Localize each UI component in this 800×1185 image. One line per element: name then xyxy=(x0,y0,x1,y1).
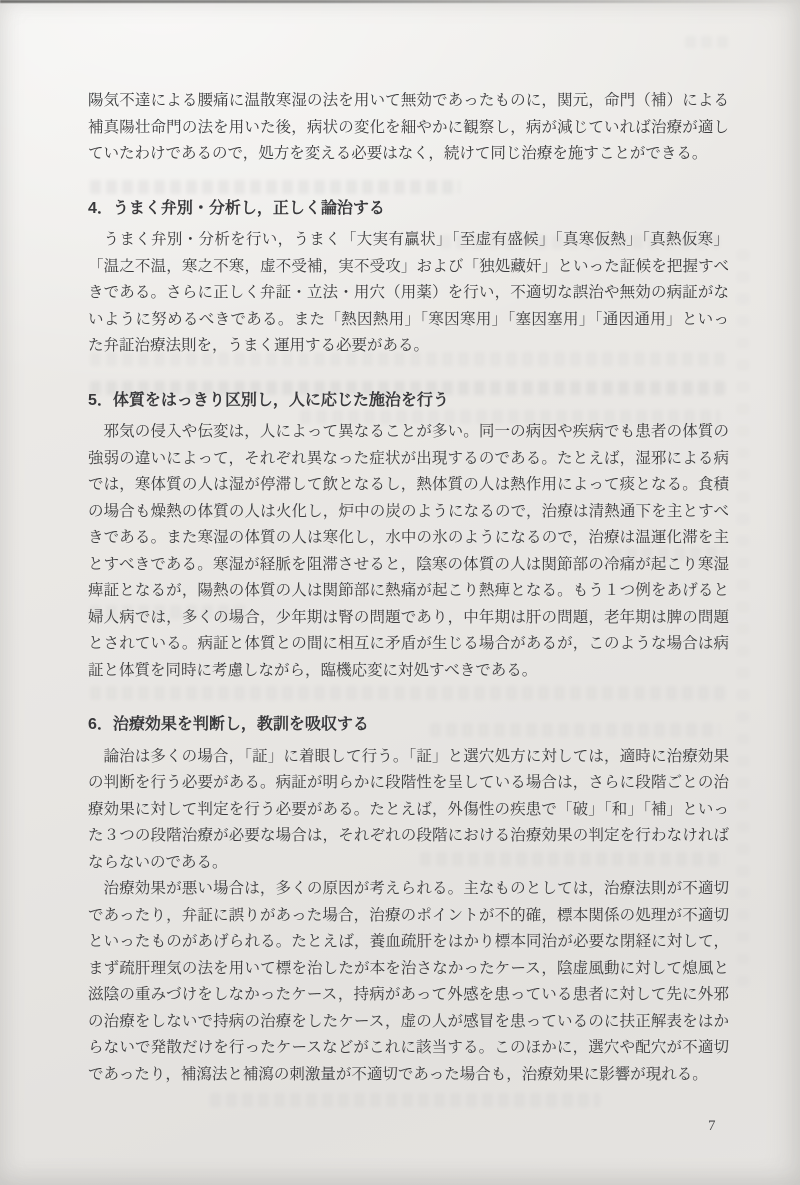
scan-top-edge-shadow xyxy=(0,0,800,3)
section-5-paragraph: 邪気の侵入や伝変は，人によって異なることが多い。同一の病因や疾病でも患者の体質の… xyxy=(88,419,729,684)
scan-bleedthrough xyxy=(737,250,749,990)
scanned-book-page: { "page": { "number": "7", "intro_paragr… xyxy=(0,0,800,1185)
scan-bleedthrough xyxy=(210,1093,600,1107)
section-4-heading: 4．うまく弁別・分析し，正しく論治する xyxy=(88,196,729,223)
section-6: 6．治療効果を判断し，教訓を吸収する 論治は多くの場合，「証」に着眼して行う。「… xyxy=(88,712,729,1088)
section-6-heading: 6．治療効果を判断し，教訓を吸収する xyxy=(88,712,729,739)
section-4-paragraph: うまく弁別・分析を行い，うまく「大実有贏状」「至虚有盛候」「真寒仮熱」「真熱仮寒… xyxy=(88,227,729,360)
section-5-heading: 5．体質をはっきり区別し，人に応じた施治を行う xyxy=(88,388,729,415)
scan-bleedthrough xyxy=(685,36,730,48)
page-number: 7 xyxy=(708,1118,716,1135)
intro-paragraph: 陽気不達による腰痛に温散寒湿の法を用いて無効であったものに，関元，命門（補）によ… xyxy=(88,88,729,168)
section-6-paragraph-2: 治療効果が悪い場合は，多くの原因が考えられる。主なものとしては，治療法則が不適切… xyxy=(88,876,729,1088)
section-4: 4．うまく弁別・分析し，正しく論治する うまく弁別・分析を行い，うまく「大実有贏… xyxy=(88,196,729,360)
section-5: 5．体質をはっきり区別し，人に応じた施治を行う 邪気の侵入や伝変は，人によって異… xyxy=(88,388,729,685)
section-6-paragraph-1: 論治は多くの場合，「証」に着眼して行う。「証」と選穴処方に対しては，適時に治療効… xyxy=(88,744,729,877)
page-content: 陽気不達による腰痛に温散寒湿の法を用いて無効であったものに，関元，命門（補）によ… xyxy=(88,88,729,1088)
